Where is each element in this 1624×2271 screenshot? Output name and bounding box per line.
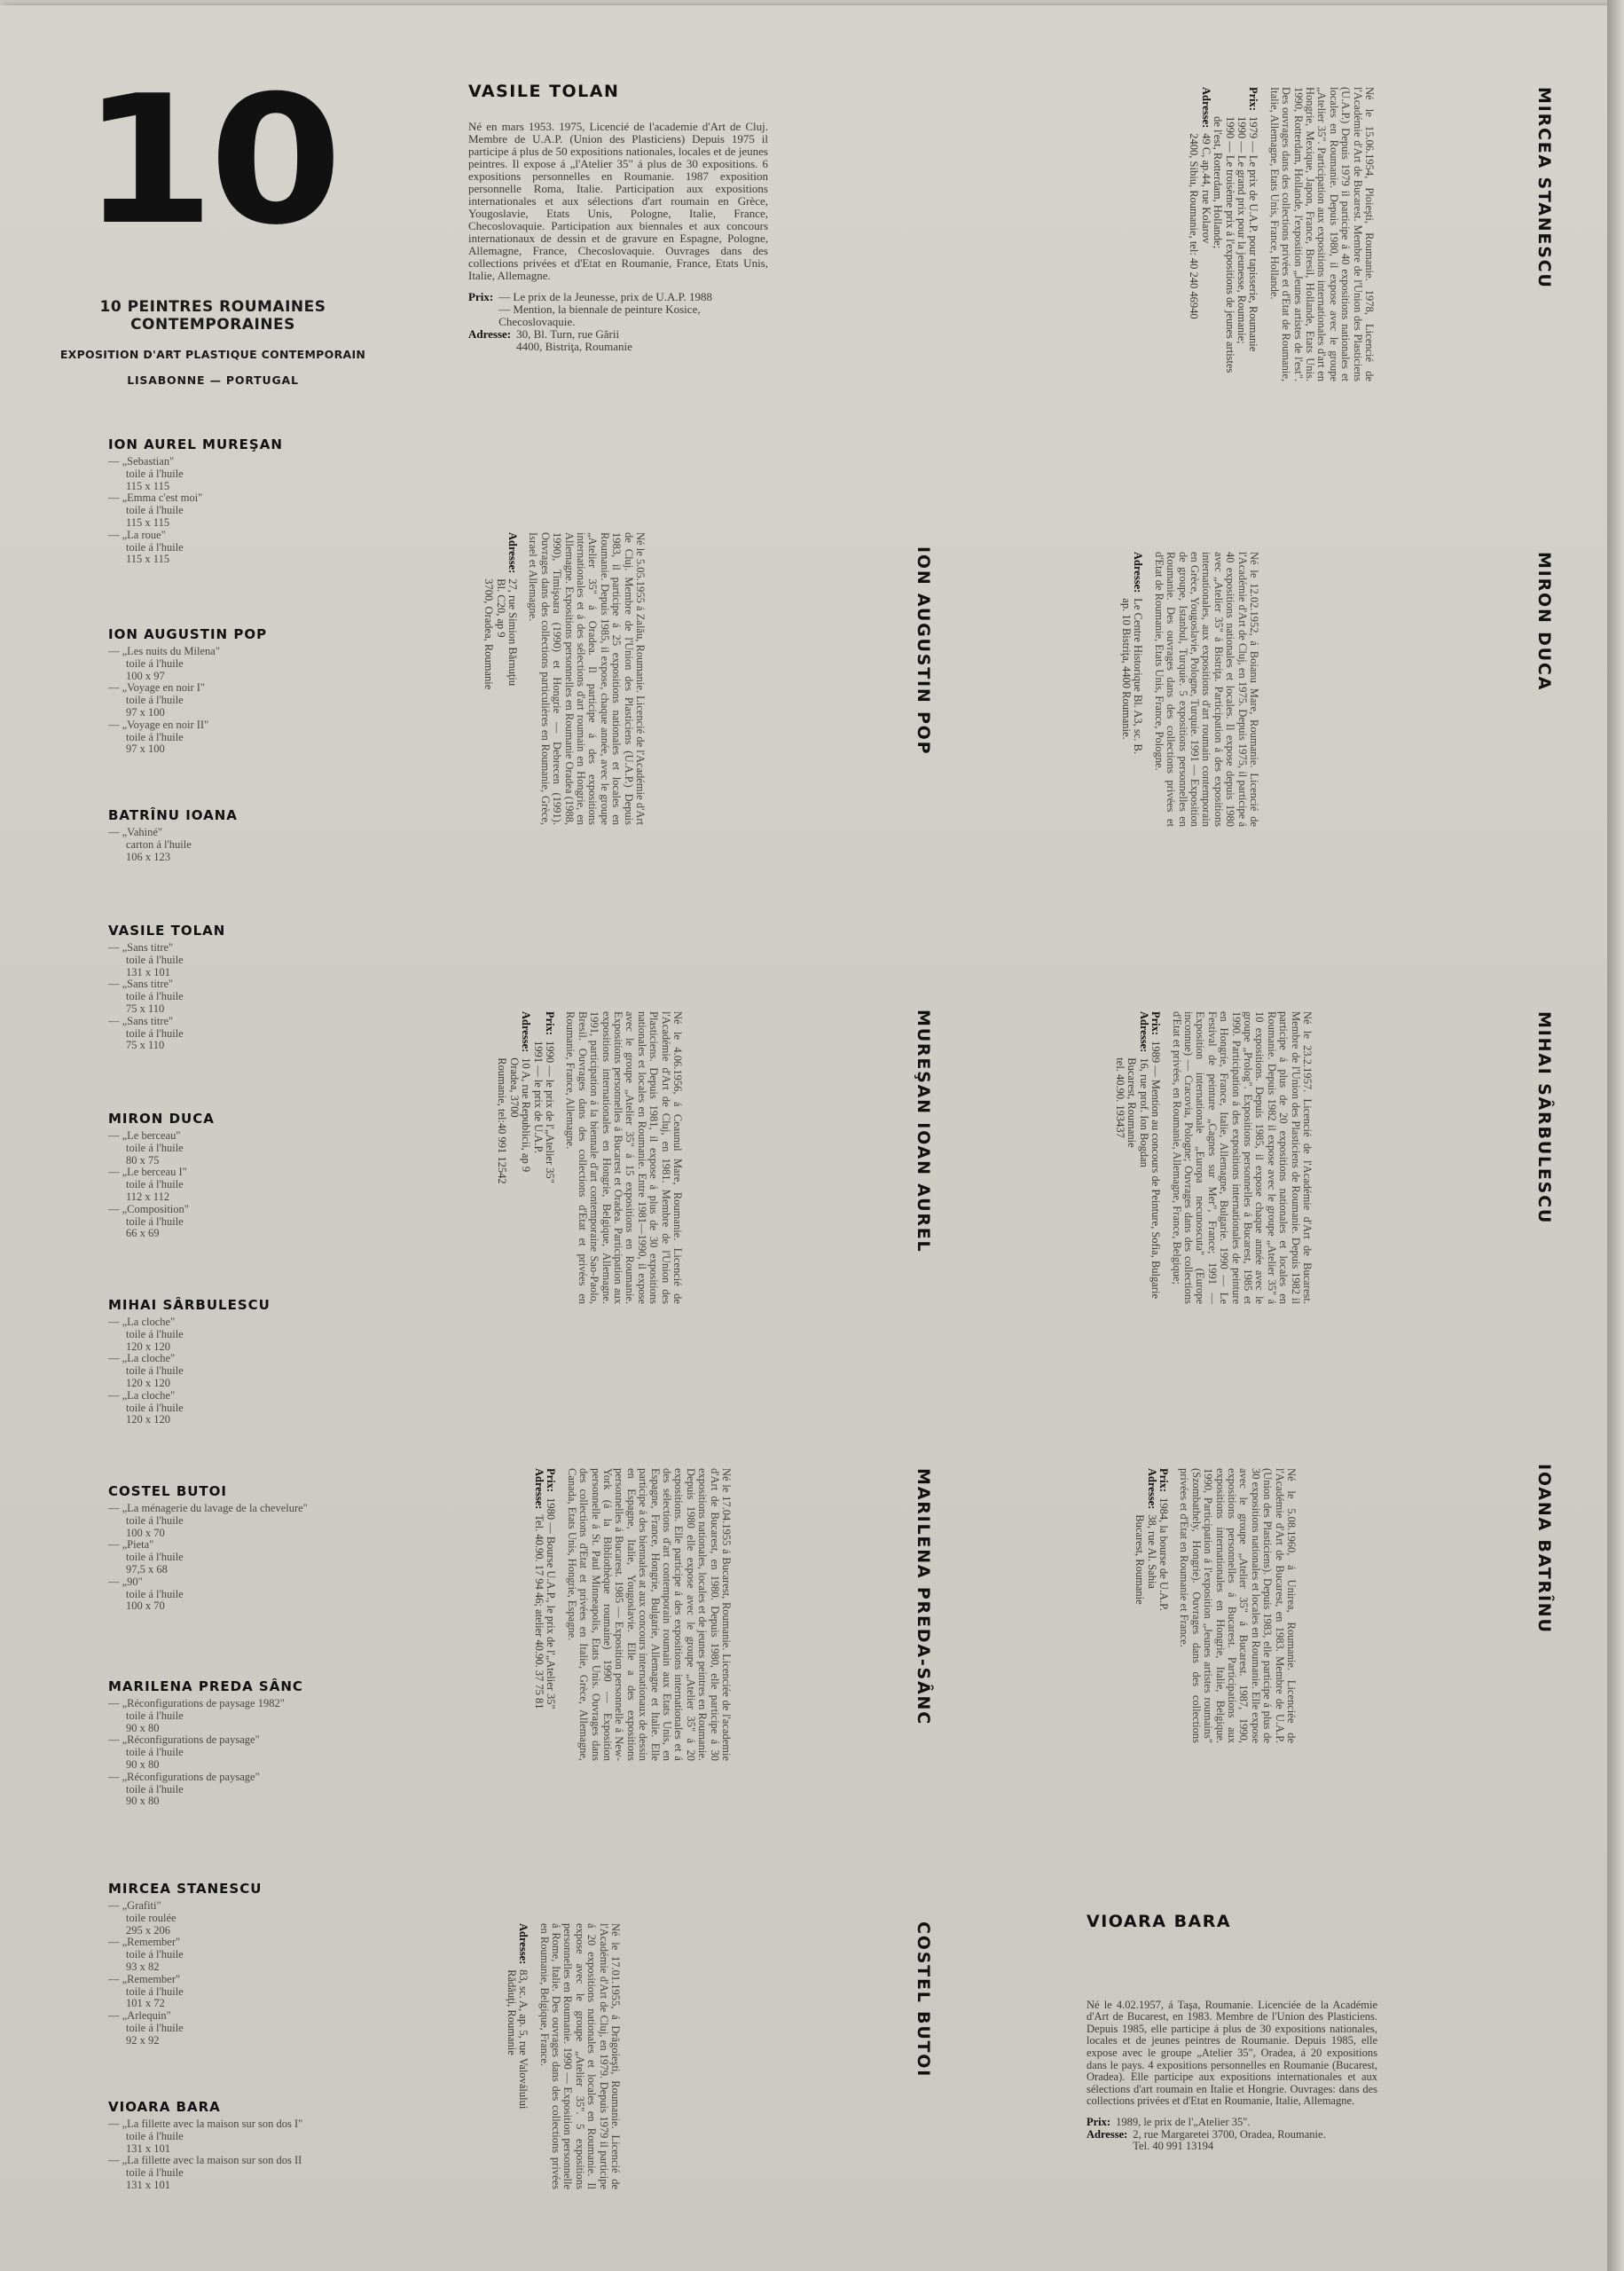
list-item: „Sebastian"toile á l'huile115 x 115	[108, 456, 321, 492]
list-item: „Les nuits du Milena"toile á l'huile100 …	[108, 646, 321, 682]
work-size: 101 x 72	[108, 1998, 321, 2010]
artist-name-ioana-batrinu: IOANA BATRÎNU	[1534, 1464, 1554, 1634]
work-medium: toile á l'huile	[108, 1784, 321, 1796]
work-medium: toile á l'huile	[108, 1329, 321, 1341]
work-title: „La cloche"	[108, 1353, 321, 1365]
exhibition-title: 10 PEINTRES ROUMAINES CONTEMPORAINES	[35, 298, 390, 334]
work-medium: toile á l'huile	[108, 505, 321, 517]
work-size: 120 x 120	[108, 1414, 321, 1426]
work-size: 131 x 101	[108, 2180, 321, 2192]
work-title: „La fillette avec la maison sur son dos …	[108, 2155, 321, 2167]
list-item: „Sans titre"toile á l'huile131 x 101	[108, 942, 321, 978]
work-title: „La ménagerie du lavage de la chevelure"	[108, 1503, 321, 1515]
work-medium: carton á l'huile	[108, 839, 321, 852]
list-item: „Voyage en noir II"toile á l'huile97 x 1…	[108, 719, 321, 756]
works-artist: MIHAI SÂRBULESCU„La cloche"toile á l'hui…	[108, 1297, 321, 1426]
work-size: 75 x 110	[108, 1040, 321, 1052]
work-medium: toile á l'huile	[108, 1949, 321, 1961]
work-title: „Grafiti"	[108, 1900, 321, 1913]
work-title: „Voyage en noir I"	[108, 682, 321, 695]
list-item: „Réconfigurations de paysage"toile á l'h…	[108, 1734, 321, 1771]
work-title: „La fillette avec la maison sur son dos …	[108, 2118, 321, 2131]
work-title: „Remember"	[108, 1974, 321, 1986]
work-size: 92 x 92	[108, 2035, 321, 2047]
work-title: „Sans titre"	[108, 978, 321, 991]
artist-name: VIOARA BARA	[1087, 1916, 1377, 1929]
work-size: 131 x 101	[108, 2143, 321, 2156]
work-title: „Voyage en noir II"	[108, 719, 321, 732]
bio-ion-augustin-pop: Né le 5.05.1955 á Zalău, Roumanie. Licen…	[482, 532, 646, 825]
bio-muresan: Né le 4.06.1956, á Ceaunul Mare, Roumani…	[496, 1011, 683, 1304]
work-size: 100 x 97	[108, 671, 321, 683]
artist-name-miron-duca: MIRON DUCA	[1534, 552, 1554, 691]
work-title: „Pieta"	[108, 1539, 321, 1552]
artist-name-marilena-preda-sanc: MARILENA PREDA-SÂNC	[914, 1468, 933, 1725]
adresse-row: Adresse: 2, rue Margaretei 3700, Oradea,…	[1087, 2129, 1377, 2153]
list-item: „La fillette avec la maison sur son dos …	[108, 2155, 321, 2191]
work-medium: toile á l'huile	[108, 991, 321, 1003]
prix-row: Prix: 1989, le prix de l'„Atelier 35".	[1087, 2117, 1377, 2129]
work-size: 106 x 123	[108, 852, 321, 864]
work-title: „La roue"	[108, 530, 321, 542]
bio-vioara-bara: VIOARA BARA Né le 4.02.1957, á Taşa, Rou…	[1087, 1916, 1377, 2153]
list-item: „Remember"toile á l'huile101 x 72	[108, 1974, 321, 2010]
work-medium: toile á l'huile	[108, 1515, 321, 1528]
work-medium: toile á l'huile	[108, 1365, 321, 1378]
work-title: „Le berceau I"	[108, 1167, 321, 1179]
work-medium: toile roulée	[108, 1913, 321, 1925]
work-size: 75 x 110	[108, 1003, 321, 1016]
work-title: „Vahiné"	[108, 827, 321, 839]
work-medium: toile á l'huile	[108, 2167, 321, 2180]
work-title: „Réconfigurations de paysage"	[108, 1772, 321, 1784]
bio-miron-duca: Né le 12.02.1952, á Boianu Mare, Roumani…	[1120, 552, 1259, 827]
work-size: 90 x 80	[108, 1723, 321, 1735]
work-size: 120 x 120	[108, 1341, 321, 1354]
list-item: „La fillette avec la maison sur son dos …	[108, 2118, 321, 2155]
work-size: 93 x 82	[108, 1961, 321, 1974]
work-medium: toile á l'huile	[108, 955, 321, 967]
work-medium: toile á l'huile	[108, 468, 321, 481]
work-size: 112 x 112	[108, 1191, 321, 1204]
list-item: „La cloche"toile á l'huile120 x 120	[108, 1316, 321, 1353]
list-item: „Sans titre"toile á l'huile75 x 110	[108, 1016, 321, 1052]
prix-row: Prix: — Le prix de la Jeunesse, prix de …	[468, 291, 768, 328]
works-artist: VASILE TOLAN„Sans titre"toile á l'huile1…	[108, 923, 321, 1052]
artist-name: MIHAI SÂRBULESCU	[108, 1297, 321, 1313]
work-title: „Les nuits du Milena"	[108, 646, 321, 658]
work-medium: toile á l'huile	[108, 658, 321, 671]
work-medium: toile á l'huile	[108, 1143, 321, 1155]
artist-name: ION AUREL MUREŞAN	[108, 436, 321, 452]
bio-text: Né en mars 1953. 1975, Licencié de l'aca…	[468, 121, 768, 282]
works-artist: VIOARA BARA„La fillette avec la maison s…	[108, 2099, 321, 2192]
bio-vasile-tolan: VASILE TOLAN Né en mars 1953. 1975, Lice…	[468, 85, 768, 353]
works-artist: COSTEL BUTOI„La ménagerie du lavage de l…	[108, 1483, 321, 1613]
list-item: „Pieta"toile á l'huile97,5 x 68	[108, 1539, 321, 1576]
work-medium: toile á l'huile	[108, 695, 321, 707]
artist-name: MARILENA PREDA SÂNC	[108, 1678, 321, 1694]
list-item: „Arlequin"toile á l'huile92 x 92	[108, 2010, 321, 2047]
works-artist: MIRON DUCA„Le berceau"toile á l'huile80 …	[108, 1111, 321, 1240]
exhibition-location: LISABONNE — PORTUGAL	[35, 373, 390, 387]
artist-name-mihai-sarbulescu: MIHAI SÂRBULESCU	[1534, 1011, 1554, 1224]
work-medium: toile á l'huile	[108, 2023, 321, 2035]
list-item: „Composition"toile á l'huile66 x 69	[108, 1204, 321, 1240]
work-title: „Remember"	[108, 1937, 321, 1949]
work-title: „Arlequin"	[108, 2010, 321, 2023]
work-medium: toile á l'huile	[108, 1028, 321, 1041]
work-title: „90"	[108, 1576, 321, 1589]
work-size: 120 x 120	[108, 1378, 321, 1390]
exhibition-number: 10	[82, 73, 337, 250]
bio-mircea-stanescu: Né le 15.06.1954, Ploieşti, Roumanie. 19…	[1188, 87, 1375, 381]
list-item: „La roue"toile á l'huile115 x 115	[108, 530, 321, 566]
works-artist: ION AUGUSTIN POP„Les nuits du Milena"toi…	[108, 626, 321, 756]
exhibition-subtitle: EXPOSITION D'ART PLASTIQUE CONTEMPORAIN	[35, 348, 390, 361]
list-item: „La ménagerie du lavage de la chevelure"…	[108, 1503, 321, 1539]
artist-name-mircea-stanescu: MIRCEA STANESCU	[1534, 87, 1554, 289]
list-item: „Sans titre"toile á l'huile75 x 110	[108, 978, 321, 1015]
work-size: 80 x 75	[108, 1155, 321, 1167]
list-item: „Réconfigurations de paysage"toile á l'h…	[108, 1772, 321, 1808]
work-size: 295 x 206	[108, 1925, 321, 1937]
work-size: 100 x 70	[108, 1528, 321, 1540]
artist-name: COSTEL BUTOI	[108, 1483, 321, 1499]
work-title: „Emma c'est moi"	[108, 492, 321, 505]
work-size: 97 x 100	[108, 707, 321, 719]
work-medium: toile á l'huile	[108, 1589, 321, 1601]
list-item: „Le berceau I"toile á l'huile112 x 112	[108, 1167, 321, 1203]
list-item: „90"toile á l'huile100 x 70	[108, 1576, 321, 1613]
work-title: „Réconfigurations de paysage"	[108, 1734, 321, 1747]
list-item: „Le berceau"toile á l'huile80 x 75	[108, 1130, 321, 1167]
work-title: „Le berceau"	[108, 1130, 321, 1143]
artist-name-costel-butoi: COSTEL BUTOI	[914, 1921, 933, 2078]
artist-name-ion-augustin-pop: ION AUGUSTIN POP	[914, 546, 933, 755]
work-medium: toile á l'huile	[108, 1986, 321, 1999]
work-size: 90 x 80	[108, 1759, 321, 1772]
work-size: 115 x 115	[108, 481, 321, 493]
work-medium: toile á l'huile	[108, 542, 321, 554]
bio-ioana-batrinu: Né le 5.08.1960, á Unirea, Roumanie. Lic…	[1134, 1468, 1297, 1743]
work-medium: toile á l'huile	[108, 1216, 321, 1229]
adresse-row: Adresse: 30, Bl. Turn, rue Gării4400, Bi…	[468, 328, 768, 353]
works-artist: MIRCEA STANESCU„Grafiti"toile roulée295 …	[108, 1881, 321, 2047]
work-title: „La cloche"	[108, 1390, 321, 1403]
artist-name: MIRON DUCA	[108, 1111, 321, 1127]
work-title: „Composition"	[108, 1204, 321, 1216]
list-item: „Réconfigurations de paysage 1982"toile …	[108, 1698, 321, 1734]
bio-costel-butoi: Né le 17.01.1955, á Drăgoieşti, Roumanie…	[505, 1923, 621, 2189]
list-item: „La cloche"toile á l'huile120 x 120	[108, 1390, 321, 1426]
artist-name: ION AUGUSTIN POP	[108, 626, 321, 642]
work-size: 66 x 69	[108, 1228, 321, 1240]
works-artist: ION AUREL MUREŞAN„Sebastian"toile á l'hu…	[108, 436, 321, 566]
work-medium: toile á l'huile	[108, 1747, 321, 1759]
work-medium: toile á l'huile	[108, 1403, 321, 1415]
bio-text: Né le 4.02.1957, á Taşa, Roumanie. Licen…	[1087, 2000, 1377, 2108]
list-item: „Remember"toile á l'huile93 x 82	[108, 1937, 321, 1973]
artist-name-muresan: MUREŞAN IOAN AUREL	[914, 1010, 933, 1253]
work-title: „Sebastian"	[108, 456, 321, 468]
work-size: 115 x 115	[108, 517, 321, 530]
work-size: 90 x 80	[108, 1796, 321, 1808]
work-size: 100 x 70	[108, 1600, 321, 1613]
work-medium: toile á l'huile	[108, 1552, 321, 1564]
work-title: „Sans titre"	[108, 1016, 321, 1028]
work-title: „La cloche"	[108, 1316, 321, 1329]
work-medium: toile á l'huile	[108, 2131, 321, 2143]
works-artist: MARILENA PREDA SÂNC„Réconfigurations de …	[108, 1678, 321, 1808]
bio-mihai-sarbulescu: Né le 23.2.1957. Licencié de l'Académie …	[1114, 1011, 1314, 1304]
work-medium: toile á l'huile	[108, 1710, 321, 1723]
work-size: 97,5 x 68	[108, 1564, 321, 1576]
works-artist: BATRÎNU IOANA„Vahiné"carton á l'huile106…	[108, 807, 321, 863]
work-size: 97 x 100	[108, 743, 321, 756]
list-item: „Emma c'est moi"toile á l'huile115 x 115	[108, 492, 321, 529]
work-size: 115 x 115	[108, 554, 321, 566]
bio-marilena-preda-sanc: Né le 17.04.1955 á Bucarest, Roumanie. L…	[533, 1468, 733, 1761]
artist-name: VIOARA BARA	[108, 2099, 321, 2115]
paper-edge	[1607, 0, 1624, 2271]
list-item: „Vahiné"carton á l'huile106 x 123	[108, 827, 321, 863]
work-medium: toile á l'huile	[108, 732, 321, 744]
work-size: 131 x 101	[108, 967, 321, 979]
list-item: „La cloche"toile á l'huile120 x 120	[108, 1353, 321, 1389]
list-item: „Grafiti"toile roulée295 x 206	[108, 1900, 321, 1937]
artist-name: VASILE TOLAN	[108, 923, 321, 939]
artist-name: VASILE TOLAN	[468, 85, 768, 98]
work-title: „Réconfigurations de paysage 1982"	[108, 1698, 321, 1710]
work-title: „Sans titre"	[108, 942, 321, 955]
list-item: „Voyage en noir I"toile á l'huile97 x 10…	[108, 682, 321, 719]
work-medium: toile á l'huile	[108, 1179, 321, 1191]
artist-name: MIRCEA STANESCU	[108, 1881, 321, 1897]
artist-name: BATRÎNU IOANA	[108, 807, 321, 823]
